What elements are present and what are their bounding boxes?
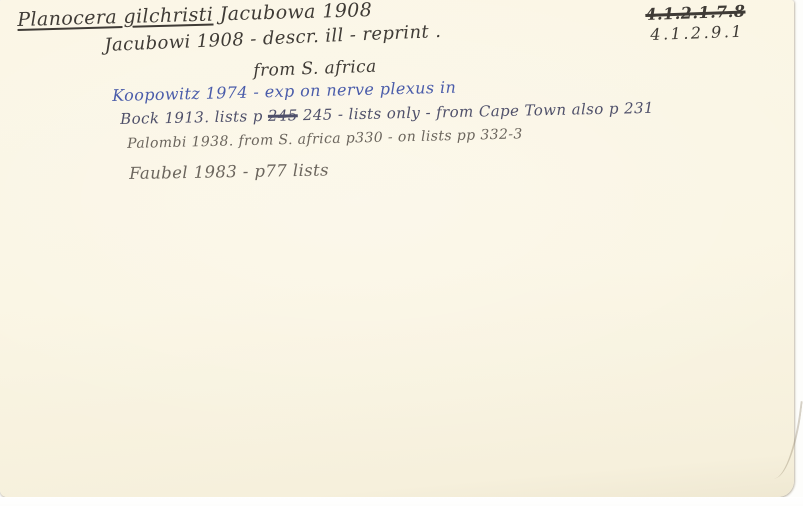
entry-koopowitz: Koopowitz 1974 - exp on nerve plexus in [112, 78, 456, 105]
entry-origin: from S. africa [253, 57, 377, 81]
entry-palombi: Palombi 1938. from S. africa p330 - on l… [127, 126, 523, 152]
index-card: Planocera gilchristi Jacubowa 1908 4.1.2… [0, 0, 794, 497]
entry-bock-struck-pages: 245 [268, 106, 298, 125]
species-name-underlined: Planocera gilchristi [17, 4, 214, 31]
catalog-number: 4.1.2.9.1 [650, 22, 744, 44]
entry-bock-pre: Bock 1913. lists p [120, 107, 268, 128]
scanned-index-card: Planocera gilchristi Jacubowa 1908 4.1.2… [0, 0, 803, 506]
catalog-number-struck: 4.1.2.1.7.8 [645, 2, 746, 24]
species-author-year: Jacubowa 1908 [213, 0, 373, 26]
card-corner-curl-shadow [761, 397, 803, 480]
entry-faubel: Faubel 1983 - p77 lists [129, 161, 329, 183]
entry-bock: Bock 1913. lists p 245 245 - lists only … [120, 99, 654, 128]
entry-bock-post: 245 - lists only - from Cape Town also p… [298, 99, 654, 124]
scan-background-gap [0, 497, 803, 506]
